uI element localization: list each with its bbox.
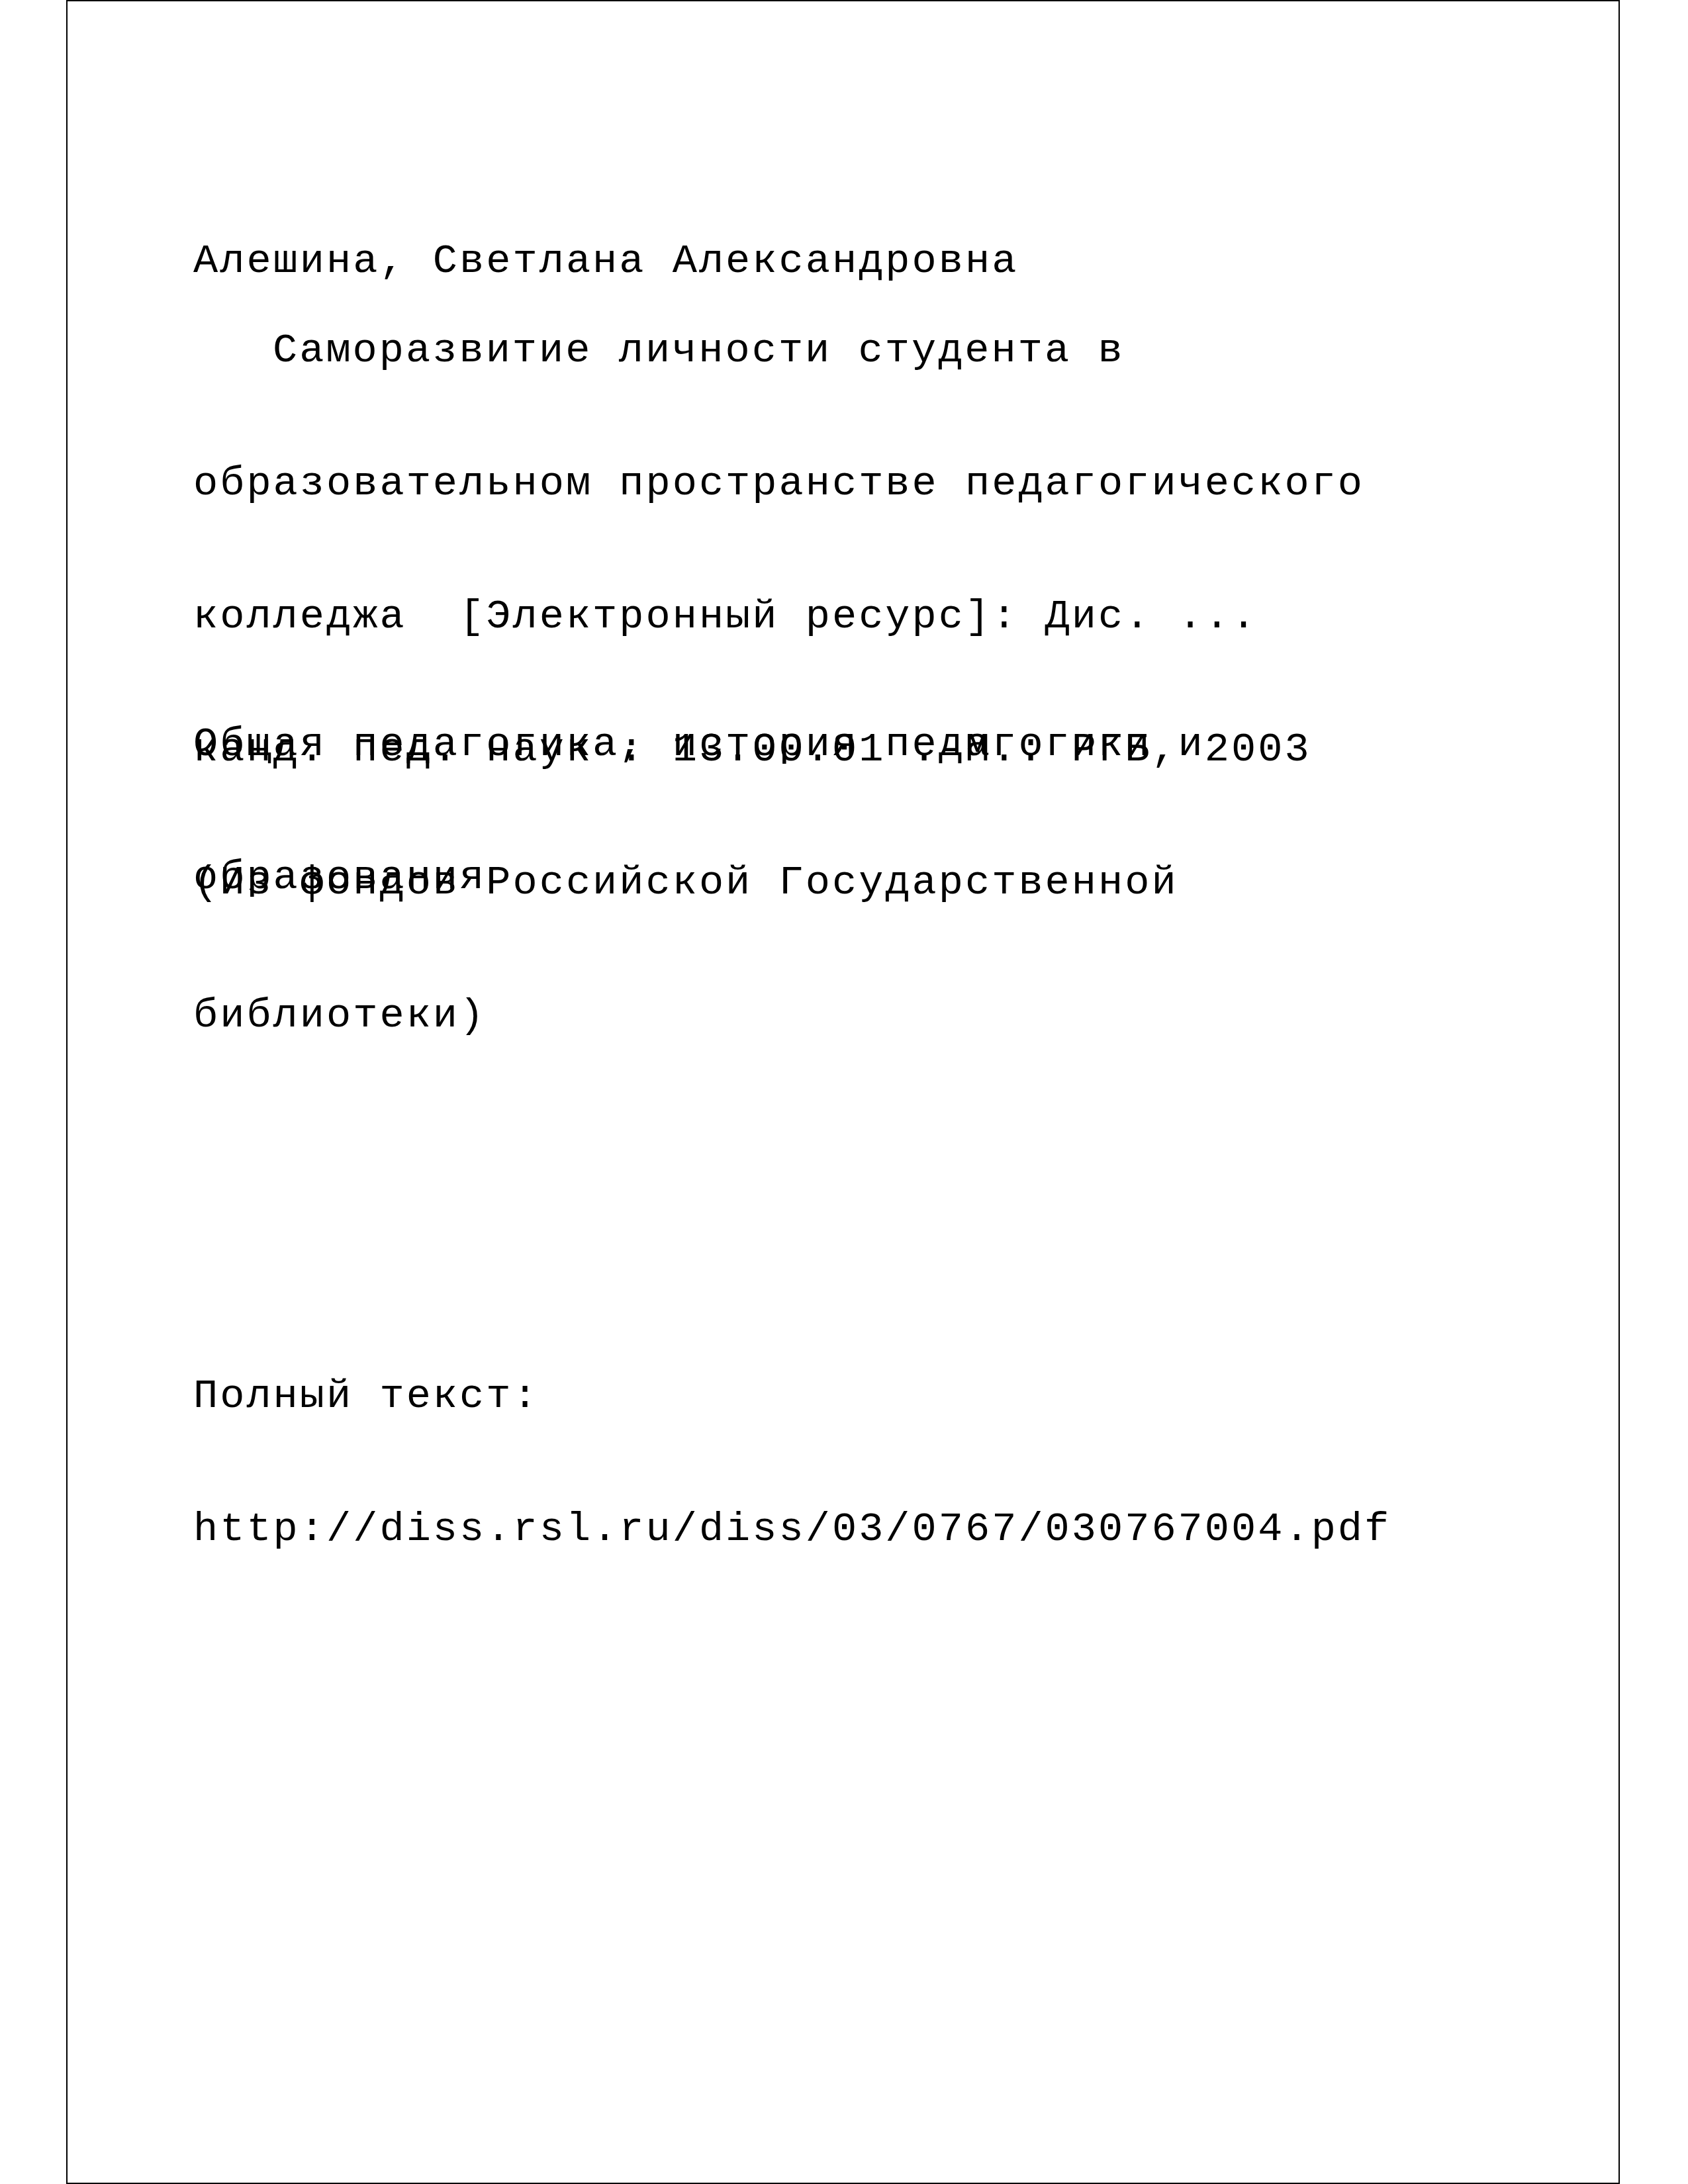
- title-line: библиотеки): [193, 993, 1364, 1038]
- subject-line: Общая педагогика, история педагогики и: [193, 722, 1205, 766]
- document-page: Алешина, Светлана Александровна Саморазв…: [66, 0, 1620, 2184]
- title-line: колледжа [Электронный ресурс]: Дис. ...: [193, 594, 1364, 639]
- subject-line: образования: [193, 855, 1205, 899]
- title-line: образовательном пространстве педагогичес…: [193, 461, 1364, 506]
- subject-heading: Общая педагогика, история педагогики и о…: [193, 633, 1205, 988]
- fulltext-url-link[interactable]: http://diss.rsl.ru/diss/03/0767/03076700…: [193, 1506, 1391, 1553]
- fulltext-section: Полный текст: http://diss.rsl.ru/diss/03…: [193, 1285, 1391, 1640]
- fulltext-link-line: http://diss.rsl.ru/diss/03/0767/03076700…: [193, 1507, 1391, 1551]
- title-line: Саморазвитие личности студента в: [193, 328, 1364, 373]
- fulltext-label: Полный текст:: [193, 1374, 1391, 1418]
